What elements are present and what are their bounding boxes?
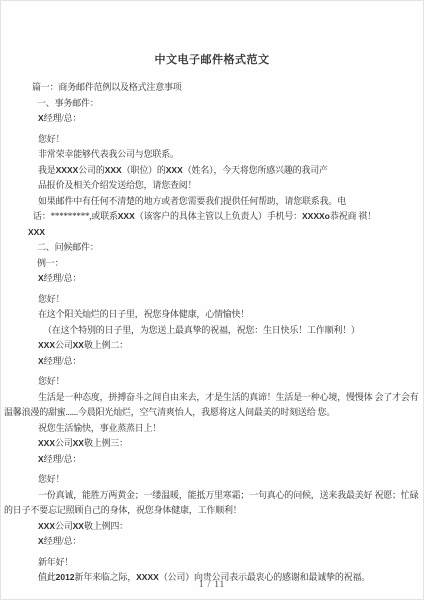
text-line: 一、事务邮件： — [37, 96, 423, 112]
text-line: 祝您生活愉快，事业蒸蒸日上！ — [38, 421, 423, 437]
text-line: X经理/总： — [38, 271, 423, 287]
text-line: 温馨浪漫的甜蜜......今晨阳光灿烂，空气清爽怡人，我愿将这人间最美的时刻送给… — [4, 405, 423, 421]
text-line: 您好！ — [38, 292, 423, 308]
text-line: 新年好！ — [38, 555, 423, 571]
document-title: 中文电子邮件格式范文 — [1, 1, 423, 67]
text-line: 在这个阳关灿烂的日子里，祝您身体健康，心情愉快！ — [38, 307, 423, 323]
text-line: XXX公司XX敬上例二： — [38, 338, 423, 354]
text-line: X经理/总： — [38, 111, 423, 127]
text-line: 篇一：商务邮件范例以及格式注意事项 — [32, 80, 423, 96]
text-line: 一份真诚，能胜万两黄金；一缕温暖，能抵万里寒霜；一句真心的问候，送来我最美好 祝… — [38, 488, 423, 504]
text-line: X经理/总： — [38, 534, 423, 550]
text-line: 话：*********,或联系XXX（该客户的具体主管以上负责人）手机号：XXX… — [33, 209, 423, 225]
text-line: 如果邮件中有任何不清楚的地方或者您需要我们提供任何帮助，请您联系我。电 — [38, 194, 423, 210]
text-line: 生活是一种态度，拼搏奋斗之间自由来去，才是生活的真谛！生活是一种心境，慢慢体 会… — [38, 390, 423, 406]
text-line: XXX公司XX敬上例三： — [38, 436, 423, 452]
text-line: （在这个特别的日子里，为您送上最真挚的祝福，祝您：生日快乐！工作顺利！） — [43, 323, 423, 339]
text-line: 我是XXXX公司的XXX（职位）的XXX（姓名），今天将您所感兴趣的我司产 — [38, 163, 423, 179]
text-line: 例一： — [37, 256, 423, 272]
text-line: 您好！ — [38, 472, 423, 488]
text-line: 二、问候邮件： — [37, 240, 423, 256]
text-line: X经理/总： — [38, 452, 423, 468]
page-number: 1 / 11 — [1, 579, 423, 589]
text-line: XXX — [28, 225, 423, 241]
text-line: 非常荣幸能够代表我公司与您联系。 — [38, 147, 423, 163]
text-line: 品报价及相关介绍发送给您，请您查阅！ — [38, 178, 423, 194]
text-line: 您好！ — [38, 374, 423, 390]
document-page: 中文电子邮件格式范文 篇一：商务邮件范例以及格式注意事项一、事务邮件：X经理/总… — [0, 0, 424, 600]
text-line: XXX公司XX敬上例四： — [38, 519, 423, 535]
text-line: 您好！ — [38, 132, 423, 148]
text-line: X经理/总： — [38, 354, 423, 370]
text-line: 的日子不要忘记照顾自己的身体，祝您身体健康，工作顺利！ — [4, 503, 423, 519]
document-body: 篇一：商务邮件范例以及格式注意事项一、事务邮件：X经理/总：您好！非常荣幸能够代… — [1, 80, 423, 586]
